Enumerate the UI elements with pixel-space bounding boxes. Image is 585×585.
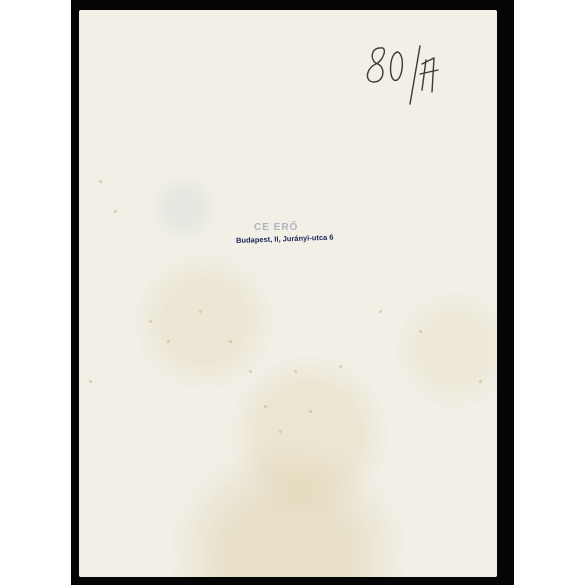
handwritten-inventory-number: [362, 38, 462, 108]
foxing-spot: [479, 380, 482, 383]
foxing-spot: [419, 330, 422, 333]
foxing-spot: [379, 310, 382, 313]
foxing-spot: [229, 340, 232, 343]
foxing-spot: [89, 380, 92, 383]
foxing-spot: [99, 180, 102, 183]
stamp-address: Budapest, II, Jurányi-utca 6: [236, 233, 334, 245]
foxing-spot: [264, 405, 267, 408]
foxing-spot: [339, 365, 342, 368]
foxing-spot: [249, 370, 252, 373]
foxing-spot: [167, 340, 170, 343]
stamp-studio-name: CE ERŐ: [254, 222, 298, 233]
foxing-spot: [279, 430, 282, 433]
foxing-spot: [149, 320, 152, 323]
pencil-note-icon: [362, 38, 462, 108]
foxing-spot: [199, 310, 202, 313]
foxing-spot: [309, 410, 312, 413]
foxing-spot: [294, 370, 297, 373]
foxing-spot: [114, 210, 117, 213]
photographer-stamp: CE ERŐ Budapest, II, Jurányi-utca 6: [236, 222, 366, 256]
